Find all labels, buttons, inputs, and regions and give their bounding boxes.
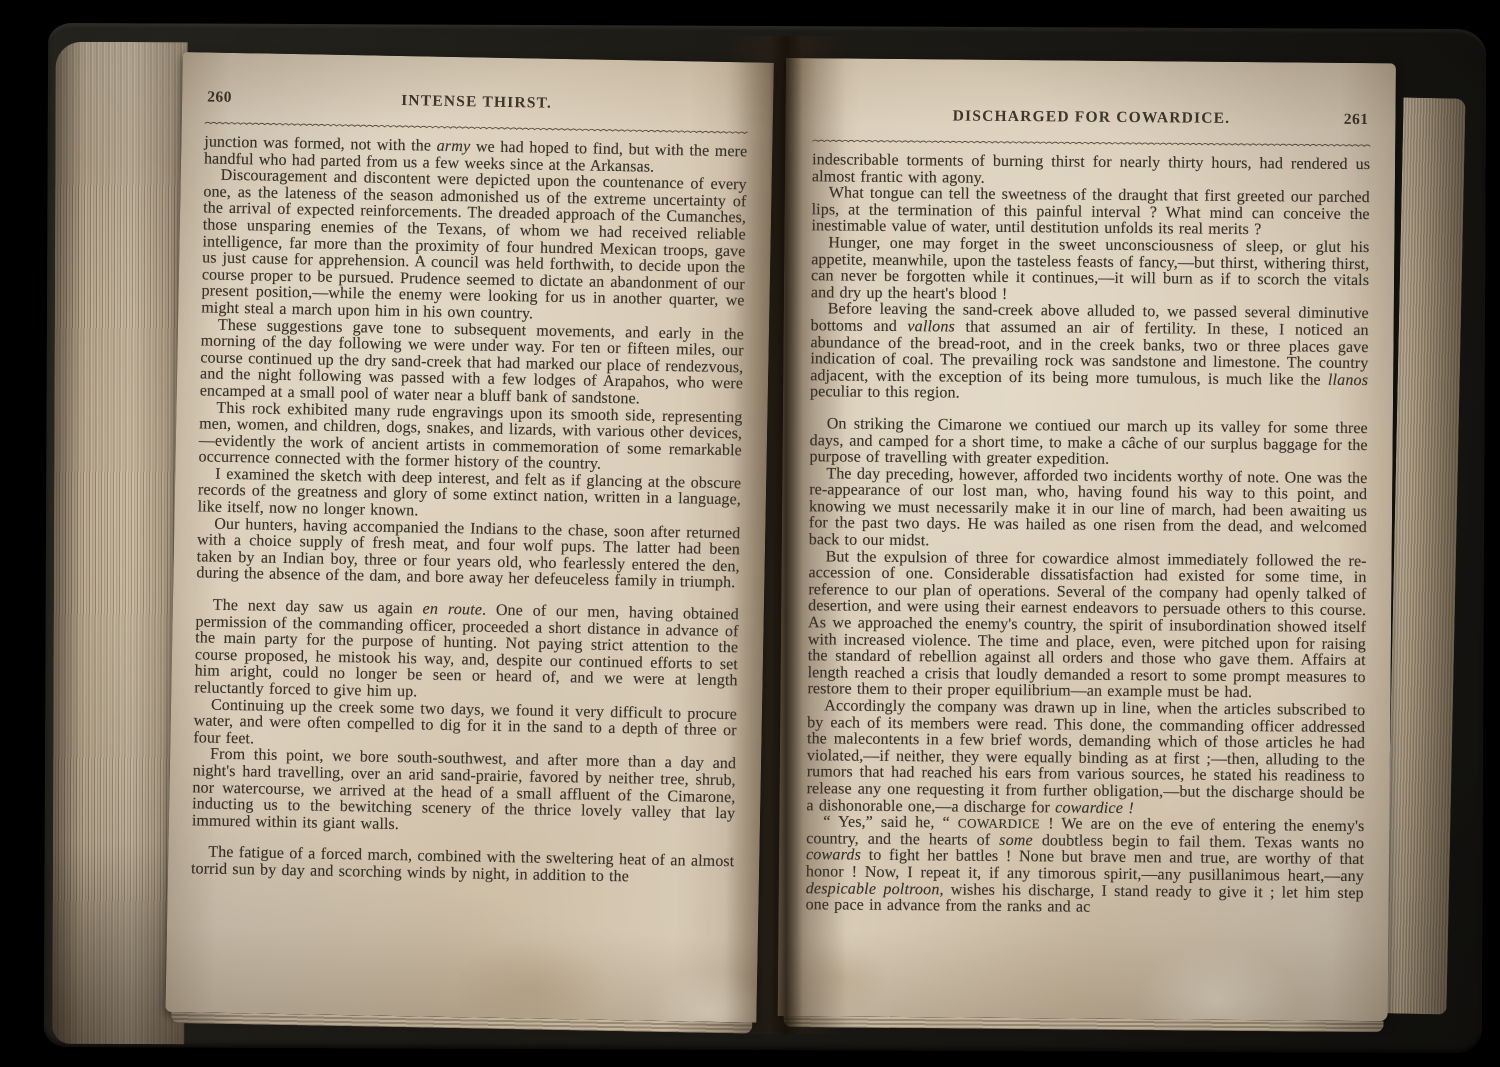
paragraph: Discouragement and discontent were depic… bbox=[201, 168, 747, 327]
paragraph: On striking the Cimarone we contiued our… bbox=[809, 416, 1367, 471]
left-header-rule bbox=[205, 119, 748, 135]
paragraph: This rock exhibited many rude engravings… bbox=[198, 400, 742, 476]
right-page: DISCHARGED FOR COWARDICE. 261 indescriba… bbox=[778, 58, 1396, 1021]
left-page: 260 INTENSE THIRST. junction was formed,… bbox=[165, 52, 773, 1023]
left-running-head: INTENSE THIRST. bbox=[205, 88, 748, 116]
paragraph: But the expulsion of three for cowardice… bbox=[807, 549, 1366, 703]
right-header-rule bbox=[812, 137, 1370, 148]
paragraph: The day preceding, however, afforded two… bbox=[809, 466, 1368, 554]
paragraph: The fatigue of a forced march, combined … bbox=[191, 845, 735, 888]
left-page-text: junction was formed, not with the army w… bbox=[191, 134, 748, 887]
right-page-header: DISCHARGED FOR COWARDICE. 261 bbox=[812, 106, 1370, 131]
paragraph: Accordingly the company was drawn up in … bbox=[806, 698, 1365, 819]
left-page-header: 260 INTENSE THIRST. bbox=[205, 88, 748, 118]
right-page-text: indescribable torments of burning thirst… bbox=[806, 152, 1371, 919]
paragraph: The next day saw us again en route. One … bbox=[194, 597, 739, 706]
left-page-number: 260 bbox=[207, 88, 232, 106]
paragraph: Hunger, one may forget in the sweet unco… bbox=[811, 235, 1370, 306]
right-running-head: DISCHARGED FOR COWARDICE. bbox=[812, 106, 1370, 129]
paragraph: From this point, we bore south-southwest… bbox=[192, 747, 736, 840]
paragraph: What tongue can tell the sweetness of th… bbox=[811, 185, 1369, 240]
paragraph: “ Yes,” said he, “ cowardice ! We are on… bbox=[806, 814, 1365, 918]
paragraph: These suggestions gave tone to subsequen… bbox=[200, 317, 744, 410]
paragraph: Our hunters, having accompanied the Indi… bbox=[196, 516, 740, 592]
paragraph: Before leaving the sand-creek above allu… bbox=[810, 302, 1369, 406]
book-photo: 260 INTENSE THIRST. junction was formed,… bbox=[0, 0, 1500, 1067]
right-page-number: 261 bbox=[1344, 111, 1369, 129]
